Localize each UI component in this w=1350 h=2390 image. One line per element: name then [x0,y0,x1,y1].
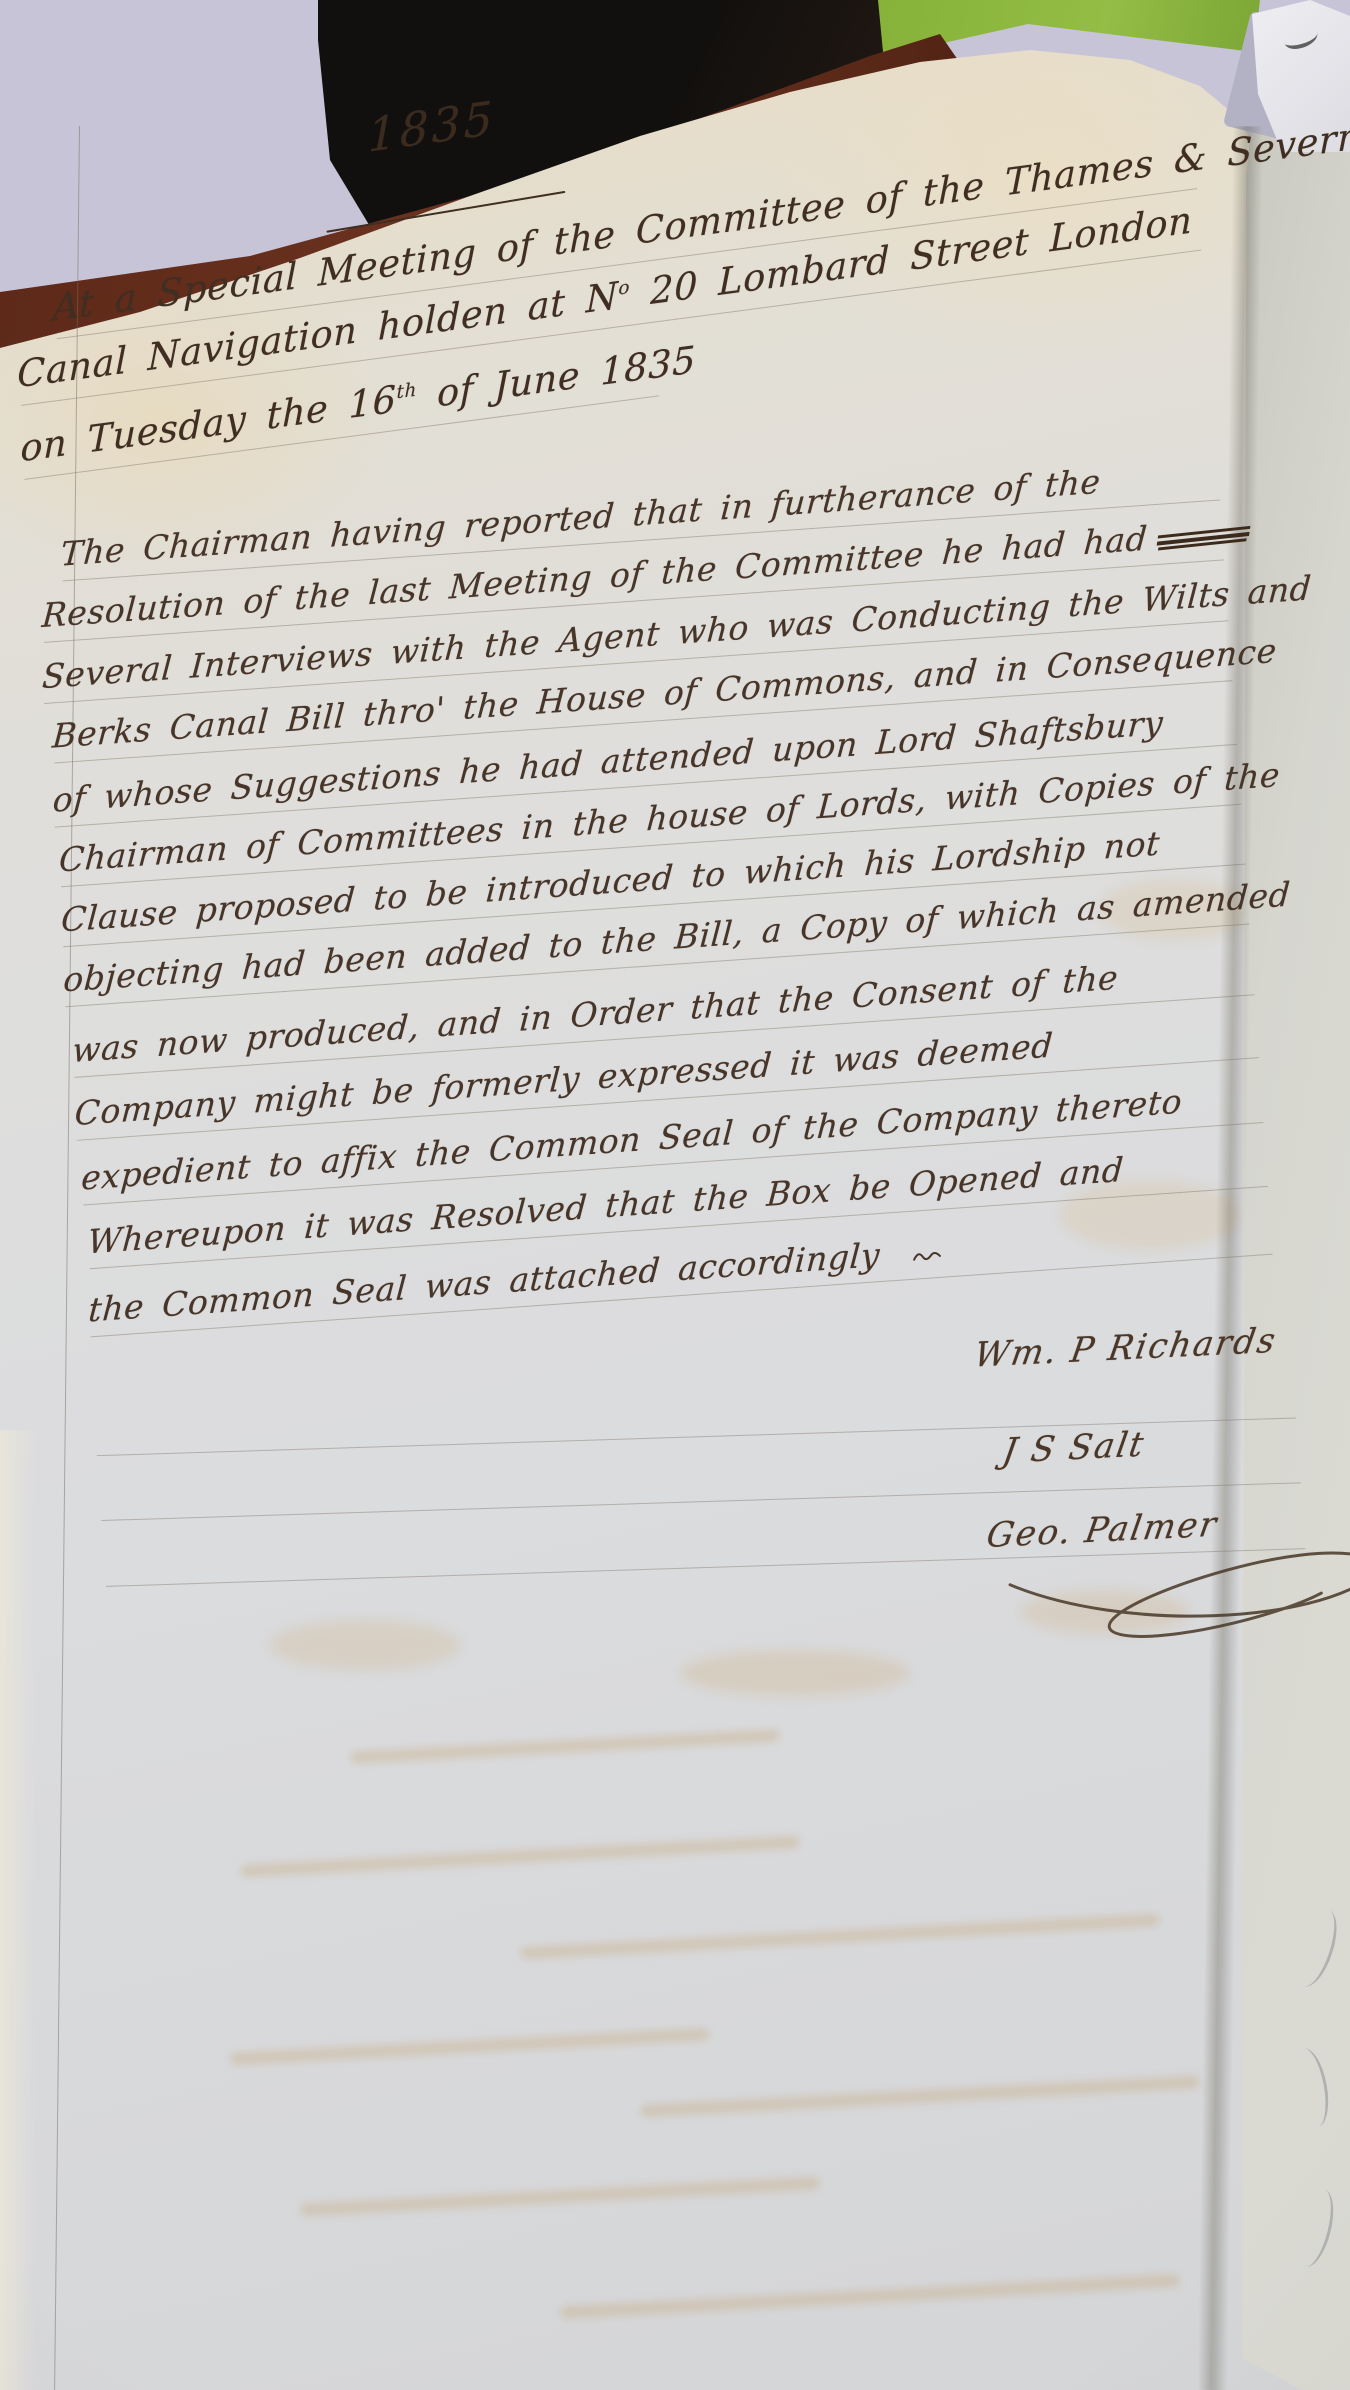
page-stack-edge [0,1430,36,2390]
signature-salt: J S Salt [1000,1424,1148,1471]
handwritten-content: 1835 At a Special Meeting of the Committ… [0,0,1350,2390]
signature-richards: Wm. P Richards [971,1321,1279,1376]
struck-out-word [1156,523,1251,551]
superscript-o: o [618,277,630,300]
year-heading: 1835 [364,91,498,155]
photo-of-minute-book-page: 1835 At a Special Meeting of the Committ… [0,0,1350,2390]
end-flourish [911,1231,944,1272]
superscript-th: th [396,379,417,403]
year-heading-text: 1835 [368,90,496,162]
